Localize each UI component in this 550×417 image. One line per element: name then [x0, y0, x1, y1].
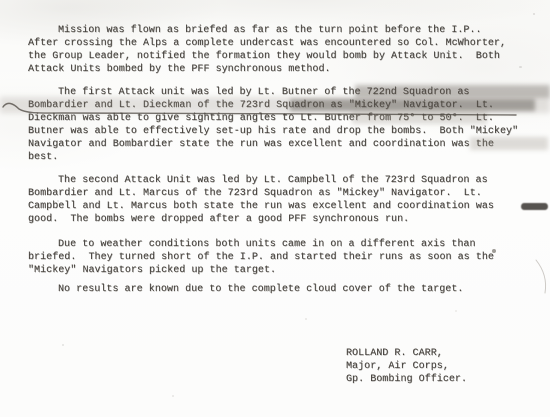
- text-line: "Mickey" Navigators picked up the target…: [28, 264, 533, 277]
- scanned-mission-report-page: Mission was flown as briefed as far as t…: [0, 0, 550, 417]
- signature-rank: Major, Air Corps,: [346, 360, 533, 373]
- text-line: Campbell and Lt. Marcus both state the r…: [28, 200, 533, 213]
- text-line: the Group Leader, notified the formation…: [28, 50, 533, 63]
- paragraph-mission-summary: Mission was flown as briefed as far as t…: [28, 24, 533, 76]
- signature-block: ROLLAND R. CARR, Major, Air Corps, Gp. B…: [346, 347, 533, 386]
- text-line: The first Attack unit was led by Lt. But…: [28, 86, 533, 99]
- paragraph-first-attack-unit: The first Attack unit was led by Lt. But…: [28, 86, 533, 164]
- text-line: The second Attack Unit was led by Lt. Ca…: [28, 174, 533, 187]
- paragraph-weather-conditions: Due to weather conditions both units cam…: [28, 238, 533, 277]
- text-line: Butner was able to effectively set-up hi…: [28, 125, 533, 138]
- text-line: Due to weather conditions both units cam…: [28, 238, 533, 251]
- signature-name: ROLLAND R. CARR,: [346, 347, 533, 360]
- document-body: Mission was flown as briefed as far as t…: [28, 24, 533, 386]
- paragraph-second-attack-unit: The second Attack Unit was led by Lt. Ca…: [28, 174, 533, 226]
- signature-title: Gp. Bombing Officer.: [346, 373, 533, 386]
- text-line: briefed. They turned short of the I.P. a…: [28, 251, 533, 264]
- paragraph-results: No results are known due to the complete…: [28, 283, 533, 296]
- text-line: Attack Units bombed by the PFF synchrono…: [28, 63, 533, 76]
- text-line: No results are known due to the complete…: [28, 283, 533, 296]
- paper-speck: [533, 13, 535, 15]
- scratch-mark: [536, 260, 546, 293]
- text-line: After crossing the Alps a complete under…: [28, 37, 533, 50]
- text-line: Mission was flown as briefed as far as t…: [28, 24, 533, 37]
- text-line: Bombardier and Lt. Dieckman of the 723rd…: [28, 99, 533, 112]
- text-line: good. The bombs were dropped after a goo…: [28, 213, 533, 226]
- text-line: best.: [28, 151, 533, 164]
- text-line: Bombardier and Lt. Marcus of the 723rd S…: [28, 187, 533, 200]
- text-line: Dieckman was able to give sighting angle…: [28, 112, 533, 125]
- paper-speck: [172, 395, 174, 397]
- text-line: Navigator and Bombardier state the run w…: [28, 138, 533, 151]
